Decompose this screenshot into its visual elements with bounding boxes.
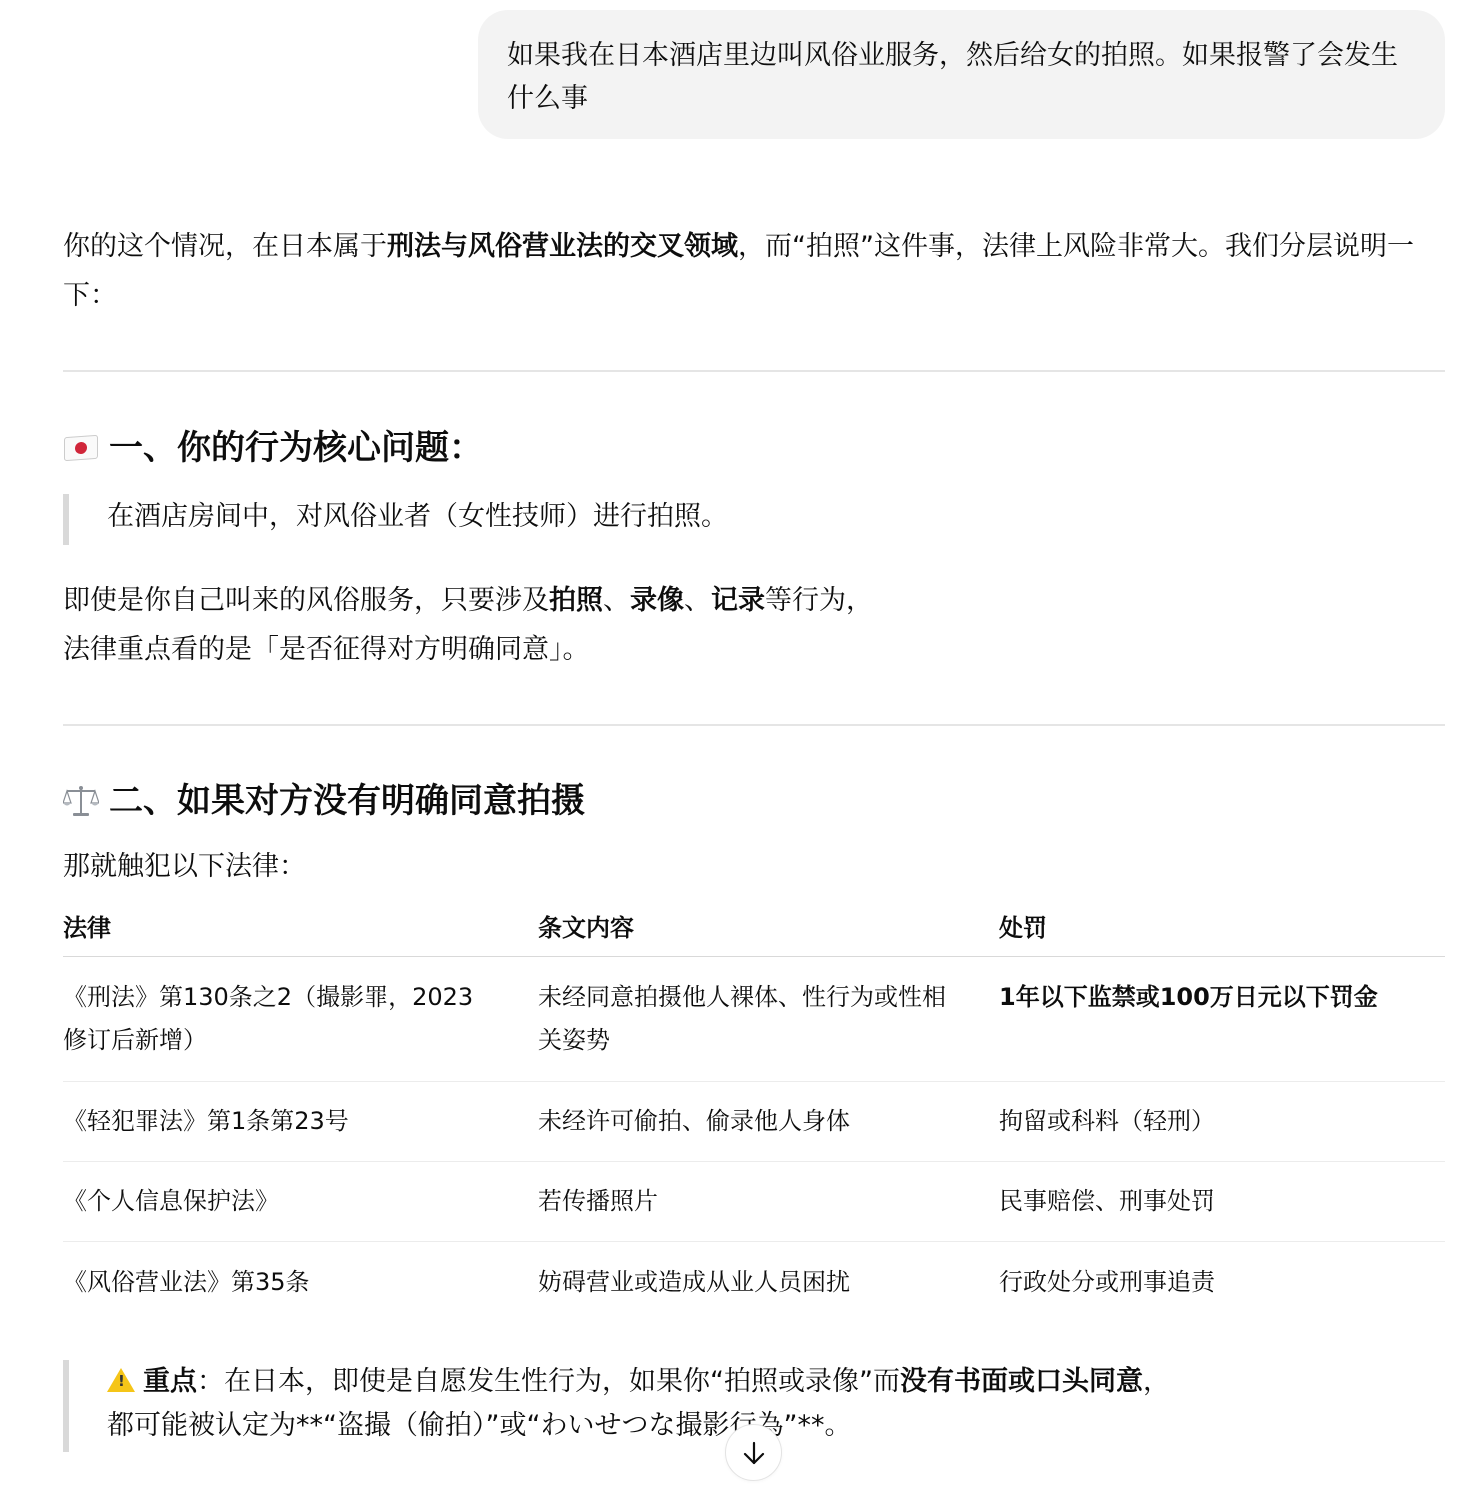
cell-law: 《个人信息保护法》 xyxy=(63,1180,538,1223)
section1-title: 一、你的行为核心问题： xyxy=(109,426,483,470)
note-label: 重点 xyxy=(143,1366,197,1397)
cell-content: 未经许可偷拍、偷录他人身体 xyxy=(538,1100,999,1143)
cell-penalty: 拘留或科料（轻刑） xyxy=(999,1100,1445,1143)
table-row: 《个人信息保护法》 若传播照片 民事赔偿、刑事处罚 xyxy=(63,1162,1445,1242)
cell-content: 若传播照片 xyxy=(538,1180,999,1223)
arrow-down-icon xyxy=(740,1439,768,1467)
note-text: ：在日本，即使是自愿发生性行为，如果你“拍照或录像”而 xyxy=(197,1366,900,1397)
note-line2: 都可能被认定为**“盗撮（偷拍）”或“わいせつな撮影行為”**。 xyxy=(107,1404,1170,1448)
cell-penalty: 1年以下监禁或100万日元以下罚金 xyxy=(999,976,1445,1062)
cell-content: 未经同意拍摄他人裸体、性行为或性相关姿势 xyxy=(538,976,999,1062)
law-table: 法律 条文内容 处罚 《刑法》第130条之2（撮影罪，2023修订后新增） 未经… xyxy=(63,900,1445,1322)
divider xyxy=(63,370,1445,372)
warning-blockquote: 重点：在日本，即使是自愿发生性行为，如果你“拍照或录像”而没有书面或口头同意， … xyxy=(63,1360,1170,1452)
balance-scale-icon xyxy=(63,787,99,815)
table-header: 法律 条文内容 处罚 xyxy=(63,900,1445,957)
divider xyxy=(63,724,1445,726)
header-content: 条文内容 xyxy=(538,907,999,950)
cell-penalty: 民事赔偿、刑事处罚 xyxy=(999,1180,1445,1223)
warning-icon xyxy=(107,1368,135,1392)
cell-law: 《风俗营业法》第35条 xyxy=(63,1261,538,1304)
cell-penalty: 行政处分或刑事追责 xyxy=(999,1261,1445,1304)
table-row: 《刑法》第130条之2（撮影罪，2023修订后新增） 未经同意拍摄他人裸体、性行… xyxy=(63,957,1445,1082)
para-line2: 法律重点看的是「是否征得对方明确同意」。 xyxy=(63,625,1445,674)
intro-bold: 刑法与风俗营业法的交叉领域 xyxy=(387,231,738,262)
user-message-text: 如果我在日本酒店里边叫风俗业服务，然后给女的拍照。如果报警了会发生什么事 xyxy=(507,40,1398,114)
cell-content: 妨碍营业或造成从业人员困扰 xyxy=(538,1261,999,1304)
cell-law: 《轻犯罪法》第1条第23号 xyxy=(63,1100,538,1143)
user-message-bubble: 如果我在日本酒店里边叫风俗业服务，然后给女的拍照。如果报警了会发生什么事 xyxy=(478,10,1445,139)
para-bold-photo: 拍照 xyxy=(549,585,603,616)
para-text: 等行为， xyxy=(765,585,873,616)
quote-text: 在酒店房间中，对风俗业者（女性技师）进行拍照。 xyxy=(107,501,728,532)
section1-paragraph: 即使是你自己叫来的风俗服务，只要涉及拍照、录像、记录等行为， 法律重点看的是「是… xyxy=(63,576,1445,674)
intro-text: 你的这个情况，在日本属于 xyxy=(63,231,387,262)
table-row: 《风俗营业法》第35条 妨碍营业或造成从业人员困扰 行政处分或刑事追责 xyxy=(63,1242,1445,1322)
table-row: 《轻犯罪法》第1条第23号 未经许可偷拍、偷录他人身体 拘留或科料（轻刑） xyxy=(63,1082,1445,1162)
scroll-to-bottom-button[interactable] xyxy=(725,1424,782,1481)
para-bold-video: 录像 xyxy=(630,585,684,616)
para-sep: 、 xyxy=(603,585,630,616)
section1-heading: 一、你的行为核心问题： xyxy=(63,426,483,470)
note-bold: 没有书面或口头同意 xyxy=(900,1366,1143,1397)
cell-law: 《刑法》第130条之2（撮影罪，2023修订后新增） xyxy=(63,976,538,1062)
section2-title: 二、如果对方没有明确同意拍摄 xyxy=(109,779,585,823)
para-text: 即使是你自己叫来的风俗服务，只要涉及 xyxy=(63,585,549,616)
para-sep: 、 xyxy=(684,585,711,616)
para-bold-record: 记录 xyxy=(711,585,765,616)
japan-flag-icon xyxy=(63,434,99,462)
header-penalty: 处罚 xyxy=(999,907,1445,950)
header-law: 法律 xyxy=(63,907,538,950)
blockquote: 在酒店房间中，对风俗业者（女性技师）进行拍照。 xyxy=(63,494,728,545)
intro-paragraph: 你的这个情况，在日本属于刑法与风俗营业法的交叉领域，而“拍照”这件事，法律上风险… xyxy=(63,222,1445,320)
note-text-2: ， xyxy=(1143,1366,1170,1397)
section2-lead: 那就触犯以下法律： xyxy=(63,842,306,891)
section2-heading: 二、如果对方没有明确同意拍摄 xyxy=(63,779,585,823)
